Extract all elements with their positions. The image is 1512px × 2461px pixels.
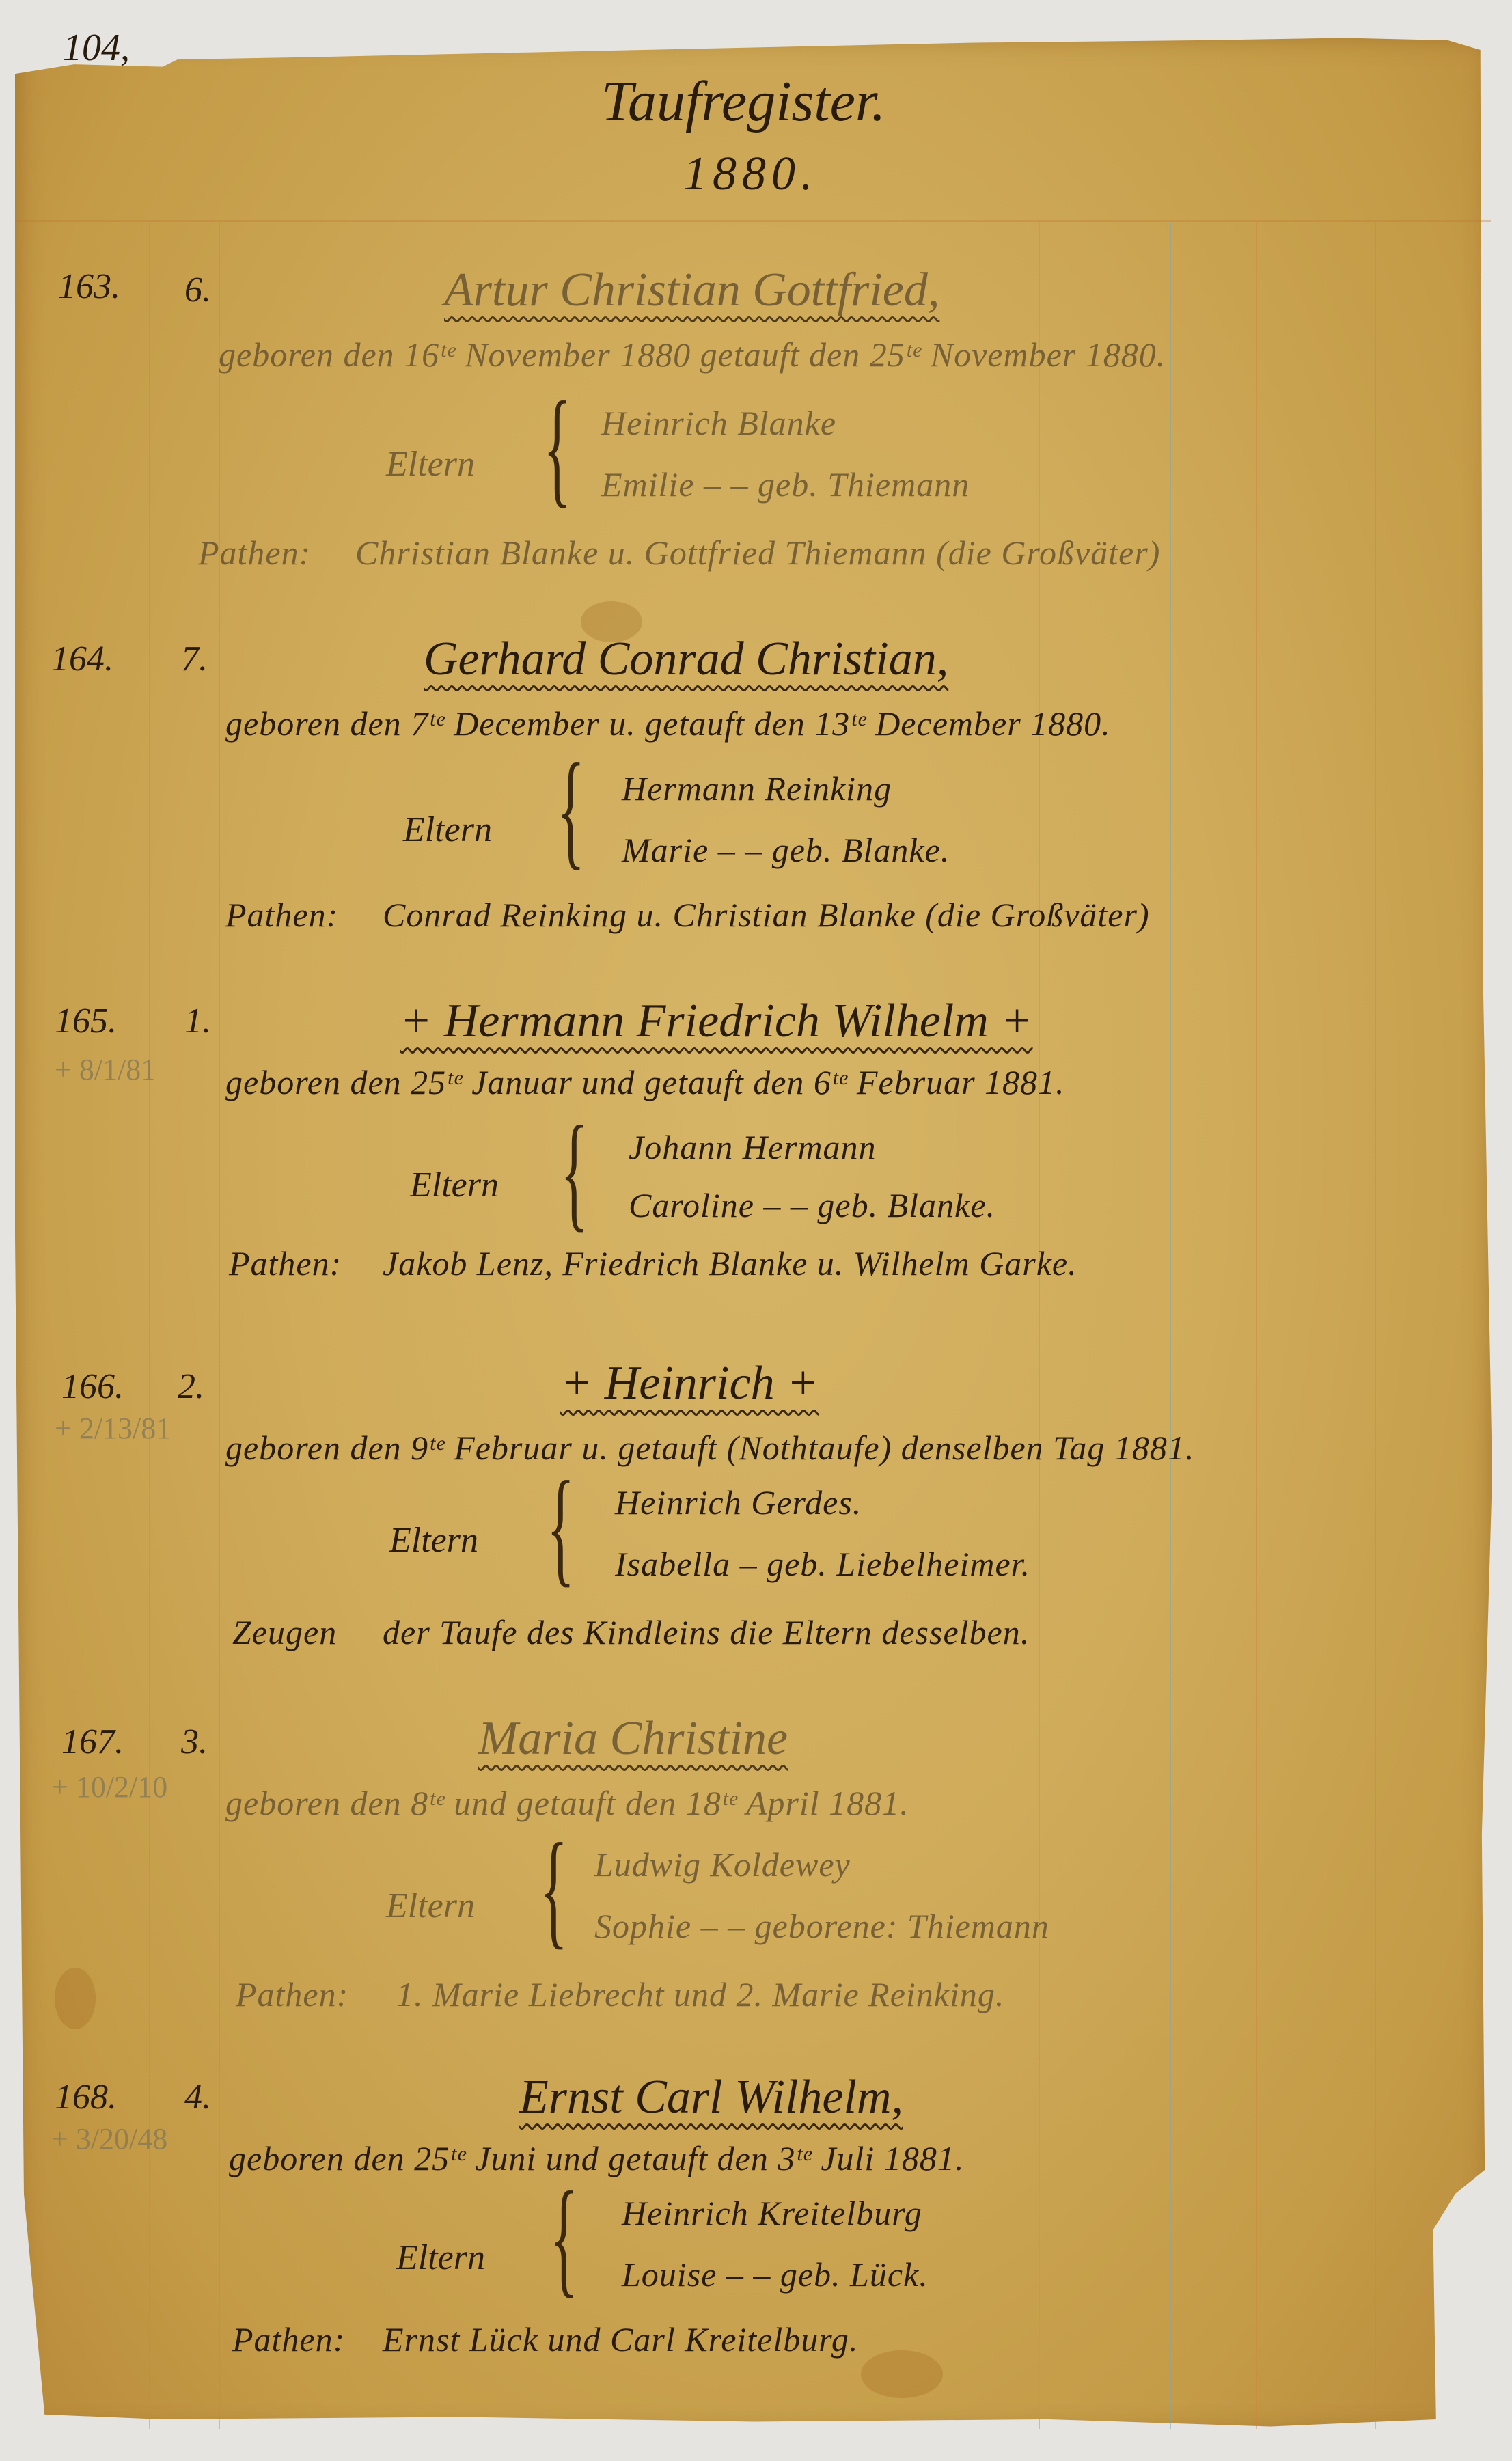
- parents-label: Eltern: [403, 810, 492, 850]
- birth-baptism-dates: geboren den 9ᵗᵉ Februar u. getauft (Noth…: [225, 1428, 1194, 1468]
- year-number: 6.: [184, 270, 211, 310]
- godparents: Jakob Lenz, Friedrich Blanke u. Wilhelm …: [383, 1243, 1077, 1283]
- parents-label: Eltern: [389, 1520, 478, 1561]
- year-number: 4.: [184, 2077, 211, 2117]
- page-number: 104,: [63, 26, 130, 70]
- godparents: Ernst Lück und Carl Kreitelburg.: [383, 2320, 858, 2359]
- godparents-label: Pathen:: [236, 1975, 348, 2014]
- death-date-note: + 10/2/10: [51, 1770, 167, 1804]
- witnesses-label: Zeugen: [232, 1612, 337, 1652]
- page-year: 1880.: [683, 147, 819, 202]
- register-number: 165.: [55, 1001, 117, 1041]
- child-name: + Hermann Friedrich Wilhelm +: [400, 994, 1033, 1049]
- stain: [861, 2350, 943, 2398]
- register-number: 167.: [61, 1722, 124, 1762]
- witnesses: der Taufe des Kindleins die Eltern desse…: [383, 1612, 1030, 1652]
- birth-baptism-dates: geboren den 25ᵗᵉ Januar und getauft den …: [225, 1062, 1065, 1102]
- parents-label: Eltern: [410, 1165, 499, 1205]
- death-date-note: + 3/20/48: [51, 2121, 167, 2156]
- birth-baptism-dates: geboren den 25ᵗᵉ Juni und getauft den 3ᵗ…: [229, 2139, 964, 2178]
- mother: Emilie – – geb. Thiemann: [601, 465, 970, 504]
- register-number: 164.: [51, 639, 113, 679]
- father: Heinrich Gerdes.: [615, 1483, 862, 1522]
- page-title: Taufregister.: [601, 68, 885, 135]
- father: Heinrich Kreitelburg: [622, 2193, 922, 2233]
- parents-label: Eltern: [386, 1886, 475, 1926]
- brace: {: [540, 1824, 568, 1954]
- child-name: Artur Christian Gottfried,: [444, 263, 939, 318]
- birth-baptism-dates: geboren den 16ᵗᵉ November 1880 getauft d…: [219, 335, 1166, 374]
- column-rule-3: [1256, 222, 1257, 2429]
- father: Heinrich Blanke: [601, 403, 836, 443]
- register-number: 163.: [58, 266, 120, 307]
- child-name: Gerhard Conrad Christian,: [424, 632, 948, 687]
- year-number: 7.: [181, 639, 208, 679]
- child-name: Ernst Carl Wilhelm,: [519, 2070, 903, 2125]
- parents-label: Eltern: [396, 2238, 485, 2278]
- register-number: 168.: [55, 2077, 117, 2117]
- mother: Sophie – – geborene: Thiemann: [594, 1906, 1049, 1946]
- mother: Caroline – – geb. Blanke.: [629, 1185, 995, 1225]
- godparents: Conrad Reinking u. Christian Blanke (die…: [383, 895, 1150, 935]
- birth-baptism-dates: geboren den 7ᵗᵉ December u. getauft den …: [225, 704, 1111, 743]
- column-rule-4: [1375, 222, 1376, 2429]
- year-number: 3.: [181, 1722, 208, 1762]
- father: Hermann Reinking: [622, 769, 892, 808]
- register-number: 166.: [61, 1366, 124, 1407]
- parents-label: Eltern: [386, 444, 475, 484]
- brace: {: [560, 1107, 588, 1237]
- child-name: Maria Christine: [478, 1711, 788, 1766]
- godparents-label: Pathen:: [232, 2320, 345, 2359]
- mother: Isabella – geb. Liebelheimer.: [615, 1544, 1030, 1584]
- father: Ludwig Koldewey: [594, 1845, 851, 1884]
- godparents: Christian Blanke u. Gottfried Thiemann (…: [355, 533, 1160, 573]
- brace: {: [550, 2173, 578, 2302]
- godparents: 1. Marie Liebrecht und 2. Marie Reinking…: [396, 1975, 1004, 2014]
- column-rule-register: [149, 222, 150, 2429]
- column-rule-blue-2: [1170, 222, 1171, 2429]
- godparents-label: Pathen:: [198, 533, 311, 573]
- year-number: 2.: [178, 1366, 204, 1407]
- stain: [55, 1968, 96, 2029]
- year-number: 1.: [184, 1001, 211, 1041]
- brace: {: [547, 1462, 575, 1592]
- godparents-label: Pathen:: [229, 1243, 342, 1283]
- father: Johann Hermann: [629, 1127, 877, 1167]
- godparents-label: Pathen:: [225, 895, 338, 935]
- death-date-note: + 8/1/81: [55, 1052, 156, 1087]
- brace: {: [557, 745, 585, 875]
- death-date-note: + 2/13/81: [55, 1411, 171, 1446]
- mother: Marie – – geb. Blanke.: [622, 830, 950, 870]
- header-rule: [15, 220, 1491, 222]
- mother: Louise – – geb. Lück.: [622, 2255, 929, 2294]
- child-name: + Heinrich +: [560, 1356, 819, 1411]
- brace: {: [543, 383, 571, 512]
